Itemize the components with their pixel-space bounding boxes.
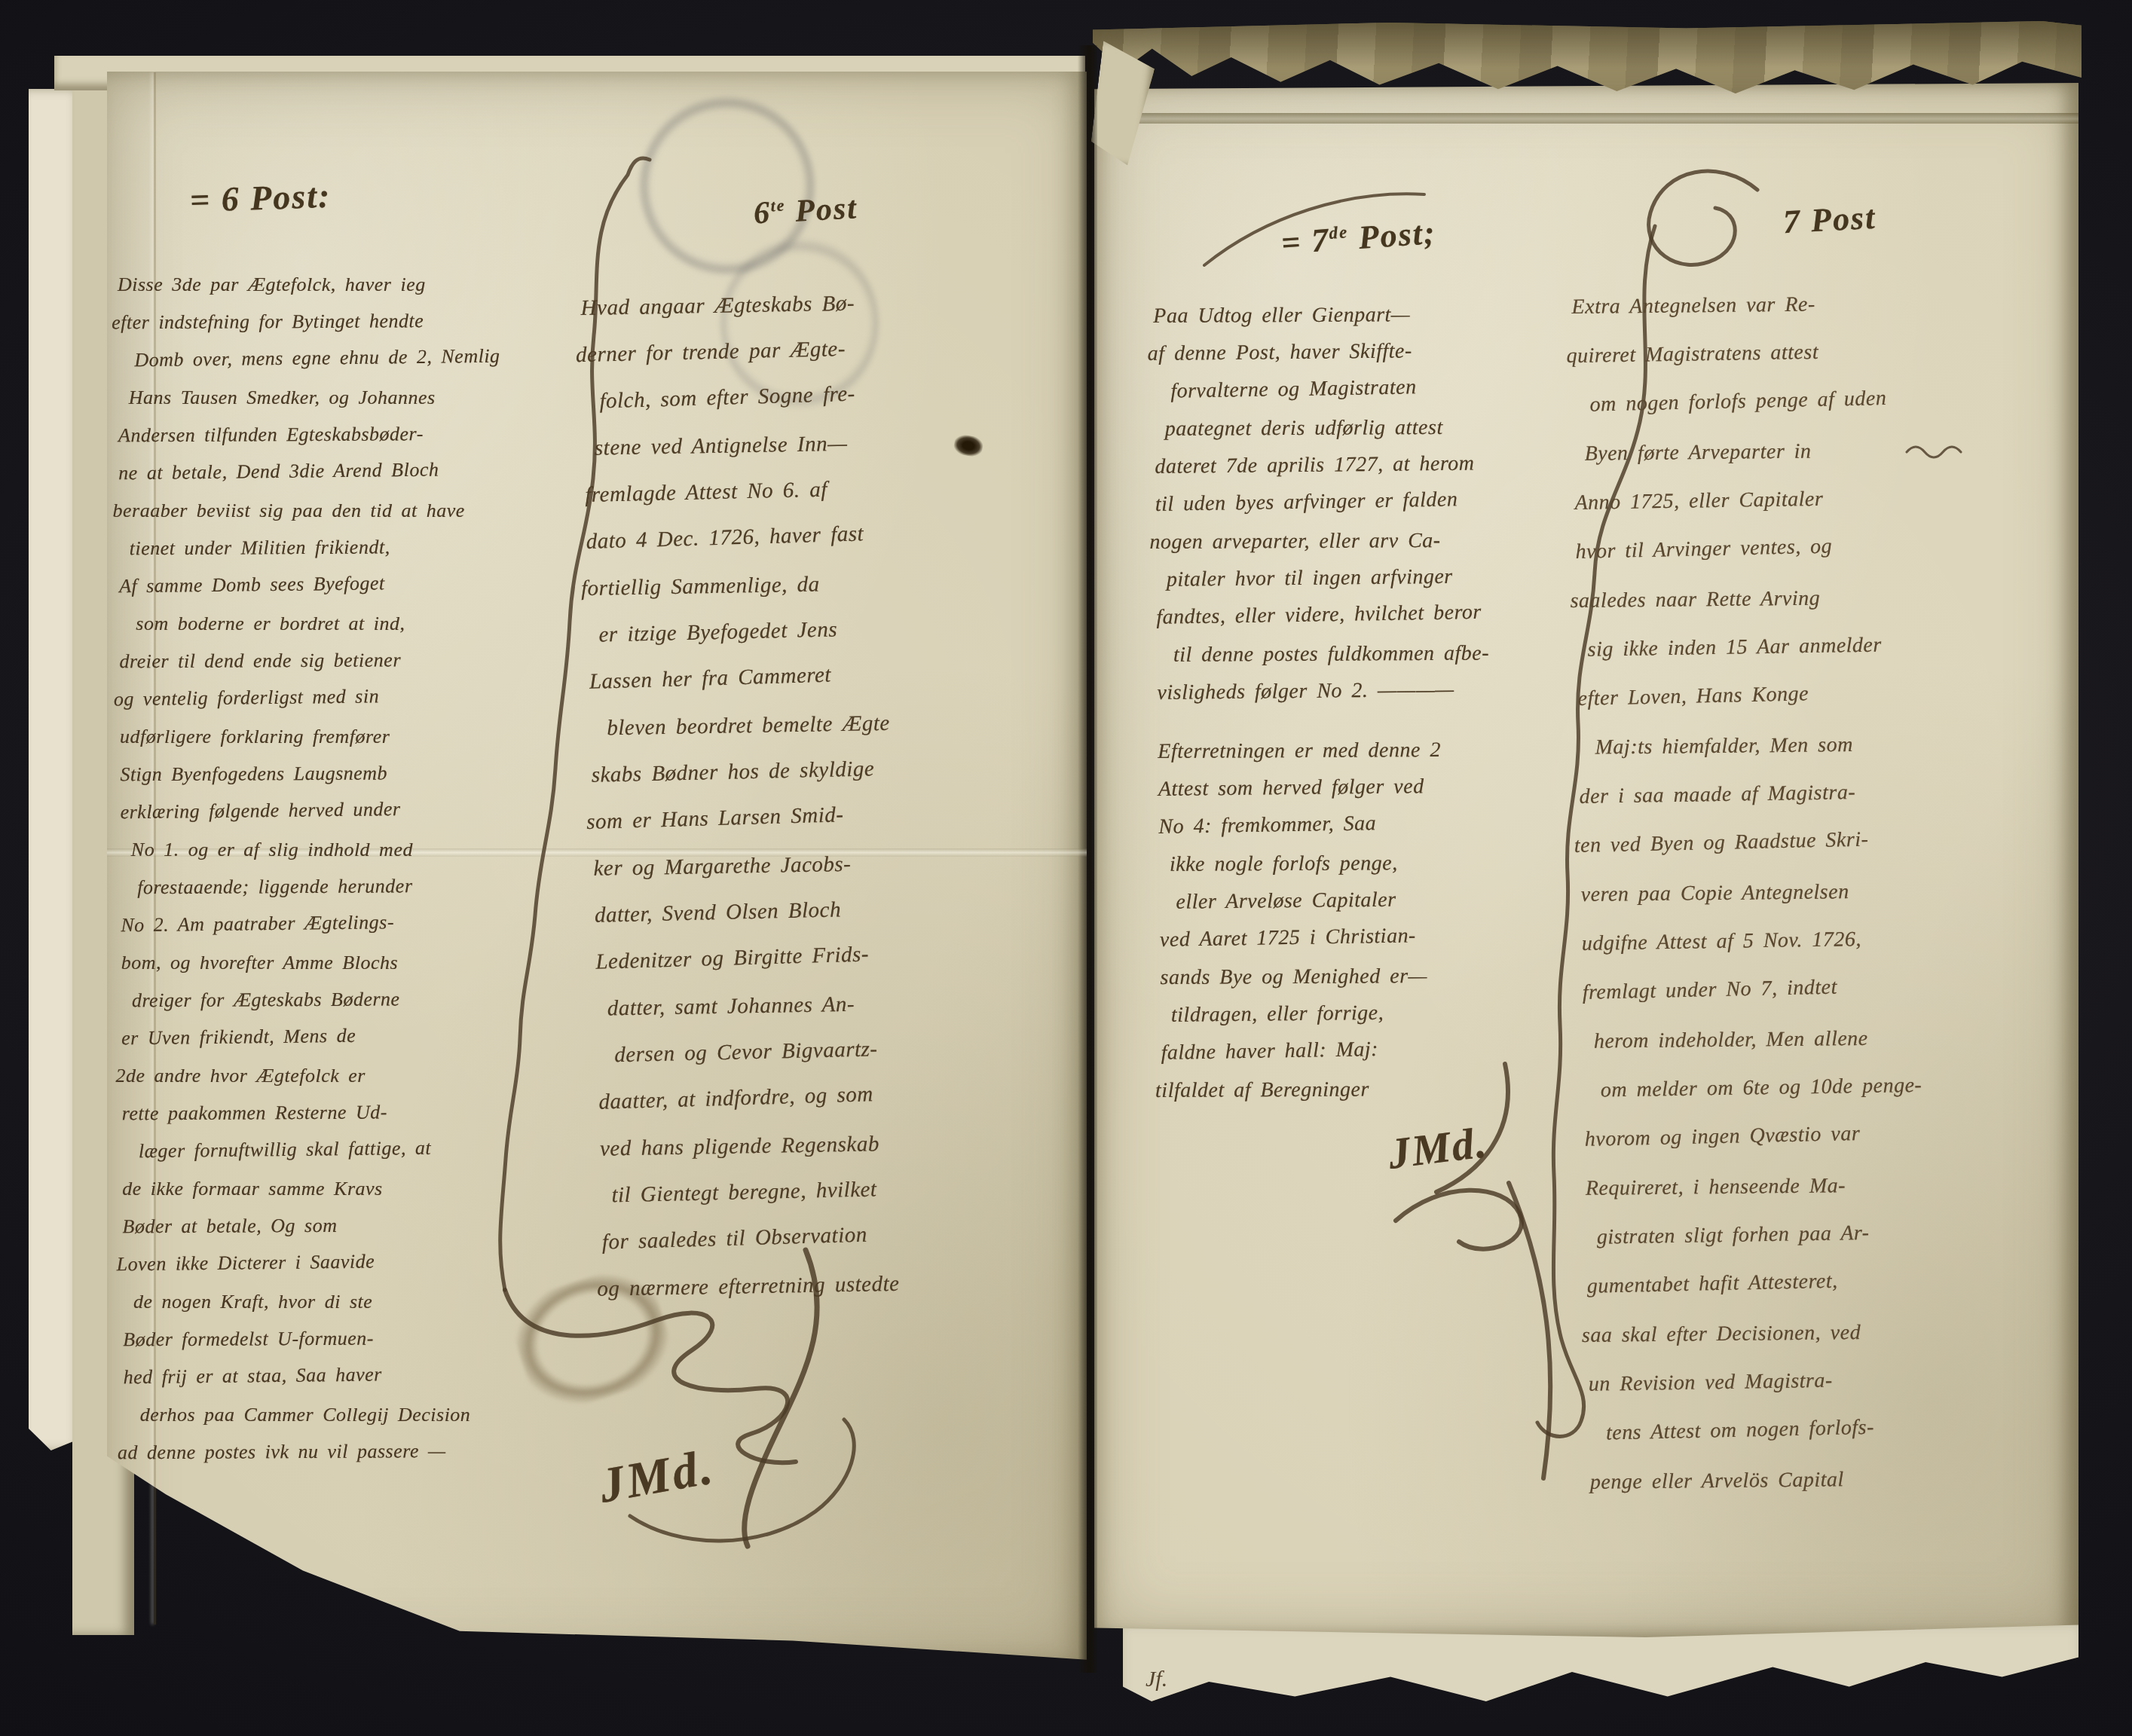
manuscript-line: No 2. Am paatraber Ægtelings-: [121, 903, 506, 945]
manuscript-line: udgifne Attest af 5 Nov. 1726,: [1581, 913, 1981, 968]
manuscript-line: Stign Byenfogedens Laugsnemb: [120, 754, 504, 794]
header-text: 7: [1782, 203, 1803, 240]
right-page-column-2: Extra Antegnelsen var Re-quireret Magist…: [1571, 277, 1990, 1507]
manuscript-line: tens Attest om nogen forlofs-: [1605, 1400, 1989, 1457]
manuscript-line: Byen førte Arveparter in: [1584, 425, 1974, 478]
manuscript-line: som boderne er bordret at ind,: [136, 605, 503, 643]
manuscript-line: veren paa Copie Antegnelsen: [1580, 866, 1981, 919]
manuscript-line: forestaaende; liggende herunder: [137, 867, 505, 907]
manuscript-line: Hvad angaar Ægteskabs Bø-: [580, 277, 1011, 332]
manuscript-line: eller Arveløse Capitaler: [1176, 880, 1521, 921]
manuscript-line: bleven beordret bemelte Ægte: [607, 698, 1020, 752]
manuscript-line: dreiger for Ægteskabs Bøderne: [132, 980, 506, 1020]
left-page-column-2: Hvad angaar Ægteskabs Bø-derner for tren…: [580, 275, 1033, 1313]
manuscript-line: Andersen tilfunden Egteskabsbøder-: [118, 415, 503, 455]
manuscript-line: er Uven frikiendt, Mens de: [121, 1016, 506, 1058]
manuscript-line: Bøder at betale, Og som: [122, 1206, 506, 1246]
manuscript-line: ne at betale, Dend 3die Arend Bloch: [118, 451, 503, 493]
manuscript-line: efter indstefning for Bytinget hendte: [112, 302, 502, 342]
manuscript-line: saaledes naar Rette Arving: [1570, 572, 1976, 625]
header-text: Post:: [240, 176, 332, 218]
manuscript-line: læger fornuftwillig skal fattige, at: [139, 1129, 507, 1171]
manuscript-line: fandtes, eller videre, hvilchet beror: [1156, 593, 1519, 637]
manuscript-line: om nogen forlofs penge af uden: [1589, 372, 1973, 429]
manuscript-line: af denne Post, haver Skiffte-: [1148, 332, 1516, 373]
manuscript-line: Extra Antegnelsen var Re-: [1571, 278, 1971, 332]
manuscript-line: ad denne postes ivk nu vil passere —: [118, 1432, 508, 1472]
manuscript-line: derhos paa Cammer Collegij Decision: [140, 1396, 508, 1434]
manuscript-line: Paa Udtog eller Gienpart—: [1153, 295, 1515, 335]
manuscript-line: de nogen Kraft, hvor di ste: [133, 1283, 507, 1321]
manuscript-line: ker og Margarethe Jacobs-: [593, 838, 1023, 892]
right-signature-tail-stroke: [1509, 1183, 1550, 1478]
header-text: Post: [1800, 199, 1877, 240]
manuscript-line: Attest som herved følger ved: [1158, 767, 1520, 808]
manuscript-line: rette paakommen Resterne Ud-: [122, 1093, 506, 1133]
manuscript-line: un Revision ved Magistra-: [1588, 1353, 1988, 1408]
manuscript-line: hvorom og ingen Qvæstio var: [1584, 1106, 1984, 1164]
manuscript-line: Maj:ts hiemfalder, Men som: [1595, 719, 1978, 772]
manuscript-line: stene ved Antignelse Inn—: [594, 417, 1014, 472]
manuscript-line: ikke nogle forlofs penge,: [1170, 844, 1521, 883]
right-page-column-1: Paa Udtog eller Gienpart—af denne Post, …: [1153, 294, 1523, 1110]
manuscript-line: gumentabet hafit Attesteret,: [1586, 1253, 1987, 1311]
manuscript-line: tienet under Militien frikiendt,: [130, 528, 503, 568]
manuscript-line: gistraten sligt forhen paa Ar-: [1596, 1207, 1986, 1262]
manuscript-line: Efterretningen er med denne 2: [1158, 731, 1519, 771]
manuscript-line: ten ved Byen og Raadstue Skri-: [1574, 812, 1980, 870]
page-signature-mark: Jf.: [1146, 1667, 1167, 1692]
manuscript-line: No 1. og er af slig indhold med: [131, 831, 505, 869]
header-text: = 6: [189, 179, 240, 219]
right-ornament-spiral: [1649, 171, 1757, 264]
manuscript-line: der i saa maade af Magistra-: [1579, 766, 1979, 821]
manuscript-line: No 4: fremkommer, Saa: [1158, 802, 1521, 846]
right-column2-header: 7 Post: [1782, 198, 1877, 241]
right-signature-swash-2: [1396, 1190, 1522, 1249]
manuscript-line: ved hans pligende Regenskab: [599, 1118, 1029, 1172]
manuscript-line: fremlagt under No 7, indtet: [1582, 959, 1982, 1017]
left-page-column-1: Disse 3de par Ægtefolck, haver iegefter …: [118, 264, 508, 1472]
manuscript-line: Bøder formedelst U-formuen-: [123, 1319, 507, 1359]
manuscript-line: hvor til Arvinger ventes, og: [1575, 518, 1975, 576]
manuscript-line: til denne postes fuldkommen afbe-: [1173, 634, 1519, 674]
manuscript-line: dateret 7de aprilis 1727, at herom: [1155, 445, 1516, 486]
manuscript-line: dreier til dend ende sig betiener: [119, 641, 503, 681]
manuscript-line: sig ikke inden 15 Aar anmelder: [1587, 619, 1977, 674]
manuscript-line: herom indeholder, Men allene: [1593, 1013, 1983, 1065]
manuscript-line: bom, og hvorefter Amme Blochs: [121, 944, 506, 982]
header-text: = 7: [1280, 222, 1331, 261]
manuscript-line: og nærmere efterretning ustedte: [597, 1258, 1033, 1313]
header-superscript: de: [1329, 222, 1349, 243]
left-column1-header: = 6 Post:: [189, 176, 332, 221]
manuscript-line: efter Loven, Hans Konge: [1577, 665, 1978, 723]
manuscript-line: Anno 1725, eller Capitaler: [1574, 472, 1974, 527]
header-text: Post;: [1347, 214, 1437, 257]
manuscript-line: Loven ikke Dicterer i Saavide: [116, 1241, 507, 1283]
manuscript-line: fortiellig Sammenlige, da: [581, 558, 1017, 612]
manuscript-line: quireret Magistratens attest: [1566, 325, 1972, 381]
manuscript-line: faldne haver hall: Maj:: [1161, 1028, 1523, 1072]
header-text: 6: [753, 195, 772, 231]
manuscript-line: 2de andre hvor Ægtefolck er: [115, 1057, 506, 1095]
manuscript-line: saa skal efter Decisionen, ved: [1582, 1307, 1988, 1360]
manuscript-line: Hans Tausen Smedker, og Johannes: [129, 379, 503, 417]
manuscript-line: de ikke formaar samme Kravs: [122, 1170, 506, 1208]
manuscript-line: tildragen, eller forrige,: [1171, 993, 1522, 1035]
manuscript-line: sands Bye og Menighed er—: [1160, 957, 1522, 997]
manuscript-line: Requireret, i henseende Ma-: [1586, 1160, 1986, 1213]
manuscript-scan: = 6 Post: 6te Post = 7de Post; 7 Post Di…: [0, 0, 2132, 1736]
header-text: Post: [785, 191, 858, 229]
manuscript-line: om melder om 6te og 10de penge-: [1600, 1060, 1984, 1115]
left-bottom-zigzag-flourish: [505, 1290, 796, 1462]
manuscript-line: hed frij er at staa, Saa haver: [123, 1355, 508, 1397]
manuscript-line: Af samme Domb sees Byefoget: [119, 564, 504, 606]
manuscript-line: ved Aaret 1725 i Christian-: [1160, 915, 1522, 959]
manuscript-line: beraaber beviist sig paa den tid at have: [113, 492, 503, 530]
manuscript-line: datter, samt Johannes An-: [607, 978, 1026, 1032]
manuscript-line: erklæring følgende herved under: [120, 790, 505, 832]
manuscript-line: nogen arveparter, eller arv Ca-: [1149, 522, 1517, 562]
manuscript-line: forvalterne og Magistraten: [1170, 367, 1516, 411]
manuscript-line: pitaler hvor til ingen arfvinger: [1167, 558, 1518, 599]
manuscript-line: Disse 3de par Ægtefolck, haver ieg: [118, 266, 502, 304]
manuscript-line: visligheds følger No 2. ————: [1157, 671, 1519, 712]
header-superscript: te: [770, 196, 786, 215]
left-column2-header: 6te Post: [753, 190, 858, 231]
manuscript-line: og ventelig forderligst med sin: [114, 677, 505, 719]
manuscript-line: udførligere forklaring fremfører: [120, 718, 504, 756]
manuscript-line: penge eller Arvelös Capital: [1590, 1453, 1990, 1507]
manuscript-line: paategnet deris udførlig attest: [1165, 408, 1516, 448]
manuscript-line: til uden byes arfvinger er falden: [1155, 480, 1517, 524]
manuscript-line: tilfaldet af Beregninger: [1155, 1070, 1523, 1110]
manuscript-line: Domb over, mens egne ehnu de 2, Nemlig: [134, 338, 503, 380]
